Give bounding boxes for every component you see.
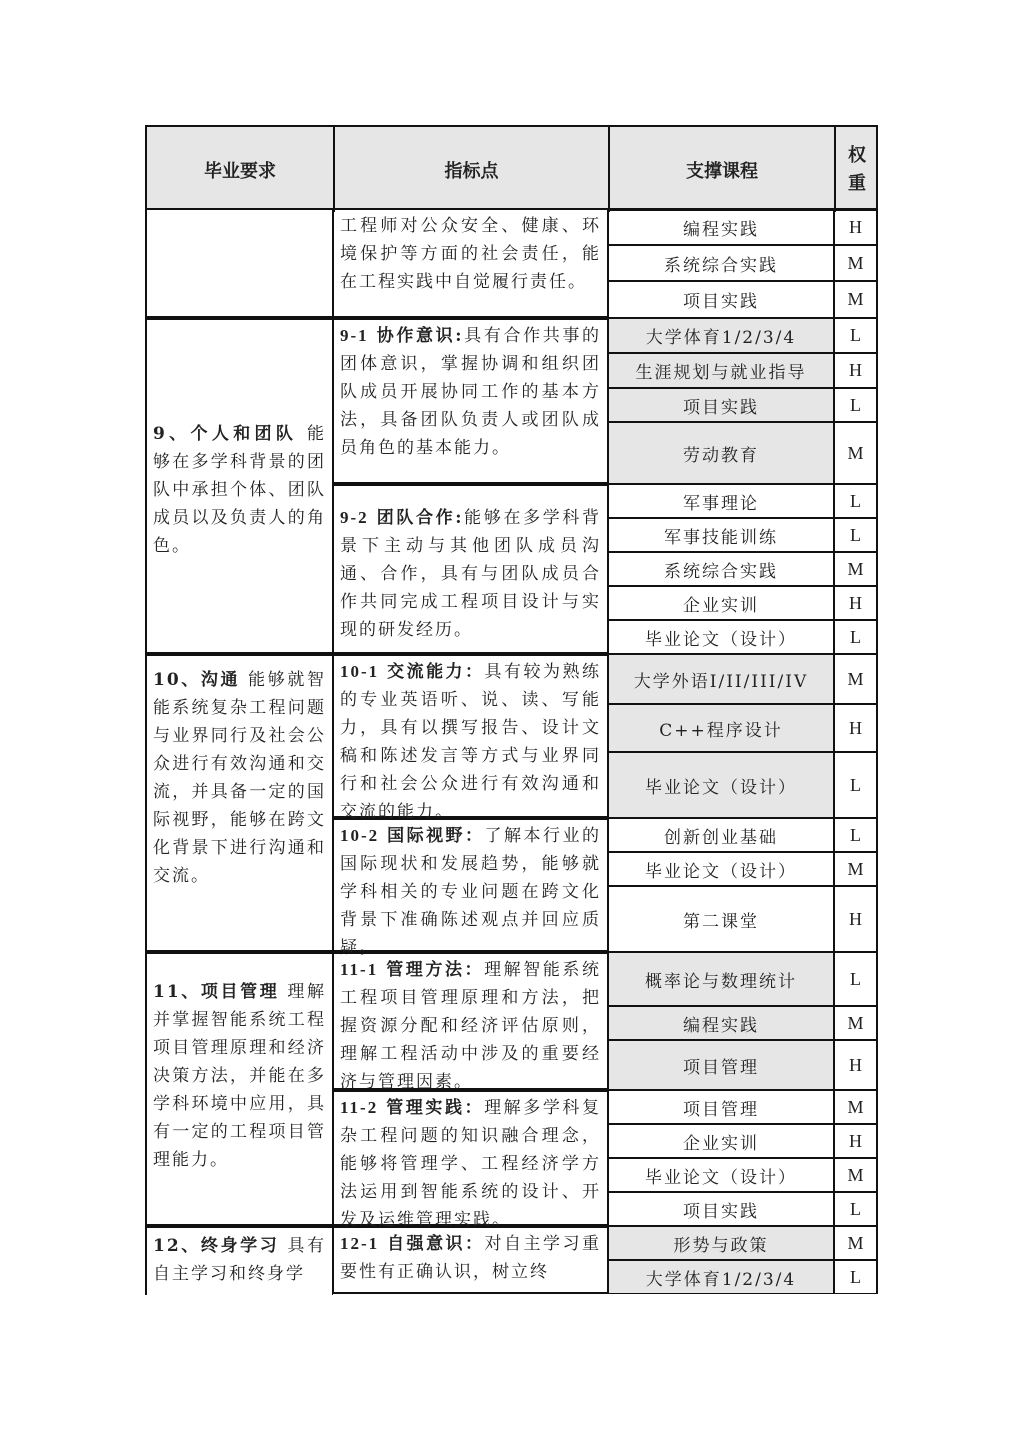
course-cell: 企业实训 [608, 586, 834, 620]
requirement-cell: 10、沟通 能够就智能系统复杂工程问题与业界同行及社会公众进行有效沟通和交流，并… [145, 654, 333, 952]
course-cell: 军事理论 [608, 484, 834, 518]
indicator-cell: 9-2 团队合作:能够在多学科背景下主动与其他团队成员沟通、合作，具有与团队成员… [333, 484, 608, 654]
indicator-title: 协作意识: [377, 326, 464, 346]
weight-cell: H [834, 210, 878, 245]
requirement-title: 10、沟通 [153, 670, 240, 690]
course-cell: 创新创业基础 [608, 818, 834, 852]
indicator-code: 9-1 [340, 326, 369, 345]
course-cell: 军事技能训练 [608, 518, 834, 552]
requirement-title: 9、个人和团队 [153, 424, 297, 444]
indicator-code: 9-2 [340, 508, 369, 527]
header-weight-line1: 权 [848, 142, 866, 170]
header-course: 支撑课程 [610, 127, 836, 212]
course-cell: 系统综合实践 [608, 245, 834, 281]
indicator-title: 交流能力： [387, 662, 484, 682]
indicator-title: 自强意识： [387, 1234, 484, 1254]
weight-cell: M [834, 1158, 878, 1192]
indicator-code: 10-1 [340, 662, 379, 681]
weight-cell: L [834, 752, 878, 818]
course-cell: 概率论与数理统计 [608, 952, 834, 1006]
header-weight-line2: 重 [848, 170, 866, 198]
course-cell: 项目实践 [608, 1192, 834, 1226]
weight-cell: L [834, 620, 878, 654]
weight-cell: M [834, 245, 878, 281]
course-cell: C++程序设计 [608, 704, 834, 752]
indicator-text: 工程师对公众安全、健康、环境保护等方面的社会责任，能在工程实践中自觉履行责任。 [340, 216, 601, 292]
indicator-title: 管理方法： [386, 960, 484, 980]
weight-cell: M [834, 552, 878, 586]
weight-cell: L [834, 484, 878, 518]
requirement-cell [145, 210, 333, 318]
course-cell: 形势与政策 [608, 1226, 834, 1260]
weight-cell: H [834, 353, 878, 388]
course-cell: 系统综合实践 [608, 552, 834, 586]
weight-cell: H [834, 586, 878, 620]
course-cell: 企业实训 [608, 1124, 834, 1158]
weight-cell: L [834, 388, 878, 422]
course-cell: 毕业论文（设计） [608, 852, 834, 886]
weight-cell: H [834, 1040, 878, 1090]
indicator-cell: 11-1 管理方法：理解智能系统工程项目管理原理和方法，把握资源分配和经济评估原… [333, 952, 608, 1090]
requirement-cell: 9、个人和团队 能够在多学科背景的团队中承担个体、团队成员以及负责人的角色。 [145, 318, 333, 654]
weight-cell: M [834, 1006, 878, 1040]
requirement-text: 能够就智能系统复杂工程问题与业界同行及社会公众进行有效沟通和交流，并具备一定的国… [153, 670, 326, 886]
course-cell: 劳动教育 [608, 422, 834, 484]
course-cell: 大学体育1/2/3/4 [608, 1260, 834, 1294]
course-cell: 编程实践 [608, 210, 834, 245]
weight-cell: H [834, 1124, 878, 1158]
course-cell: 项目实践 [608, 281, 834, 318]
course-cell: 项目管理 [608, 1090, 834, 1124]
indicator-code: 12-1 [340, 1234, 379, 1253]
indicator-title: 管理实践： [386, 1098, 484, 1118]
course-cell: 毕业论文（设计） [608, 1158, 834, 1192]
weight-cell: M [834, 654, 878, 704]
indicator-cell: 10-2 国际视野：了解本行业的国际现状和发展趋势，能够就学科相关的专业问题在跨… [333, 818, 608, 952]
indicator-code: 11-1 [340, 960, 378, 979]
weight-cell: M [834, 1226, 878, 1260]
course-cell: 毕业论文（设计） [608, 620, 834, 654]
course-cell: 项目管理 [608, 1040, 834, 1090]
course-cell: 第二课堂 [608, 886, 834, 952]
table-header: 毕业要求 指标点 支撑课程 权 重 [145, 125, 878, 210]
weight-cell: M [834, 1090, 878, 1124]
weight-cell: L [834, 952, 878, 1006]
indicator-text: 具有较为熟练的专业英语听、说、读、写能力，具有以撰写报告、设计文稿和陈述发言等方… [340, 662, 601, 822]
indicator-title: 国际视野： [387, 826, 484, 846]
indicator-code: 10-2 [340, 826, 379, 845]
weight-cell: L [834, 1260, 878, 1294]
header-requirement: 毕业要求 [147, 127, 335, 212]
weight-cell: H [834, 886, 878, 952]
indicator-code: 11-2 [340, 1098, 378, 1117]
weight-cell: L [834, 318, 878, 353]
weight-cell: L [834, 1192, 878, 1226]
indicator-cell: 工程师对公众安全、健康、环境保护等方面的社会责任，能在工程实践中自觉履行责任。 [333, 210, 608, 318]
weight-cell: L [834, 518, 878, 552]
indicator-title: 团队合作: [377, 508, 464, 528]
requirement-text: 理解并掌握智能系统工程项目管理原理和经济决策方法，并能在多学科环境中应用，具有一… [153, 982, 326, 1170]
indicator-cell: 9-1 协作意识:具有合作共事的团体意识，掌握协调和组织团队成员开展协同工作的基… [333, 318, 608, 484]
course-cell: 编程实践 [608, 1006, 834, 1040]
requirement-cell: 11、项目管理 理解并掌握智能系统工程项目管理原理和经济决策方法，并能在多学科环… [145, 952, 333, 1226]
course-cell: 大学外语I/II/III/IV [608, 654, 834, 704]
indicator-cell: 11-2 管理实践：理解多学科复杂工程问题的知识融合理念，能够将管理学、工程经济… [333, 1090, 608, 1226]
header-weight: 权 重 [836, 127, 878, 212]
course-cell: 项目实践 [608, 388, 834, 422]
weight-cell: H [834, 704, 878, 752]
weight-cell: M [834, 281, 878, 318]
course-cell: 毕业论文（设计） [608, 752, 834, 818]
weight-cell: M [834, 422, 878, 484]
course-cell: 大学体育1/2/3/4 [608, 318, 834, 353]
course-cell: 生涯规划与就业指导 [608, 353, 834, 388]
requirement-title: 11、项目管理 [153, 982, 279, 1002]
indicator-cell: 12-1 自强意识：对自主学习重要性有正确认识，树立终 [333, 1226, 608, 1294]
requirement-title: 12、终身学习 [153, 1236, 279, 1256]
weight-cell: L [834, 818, 878, 852]
header-indicator: 指标点 [335, 127, 610, 212]
weight-cell: M [834, 852, 878, 886]
indicator-cell: 10-1 交流能力：具有较为熟练的专业英语听、说、读、写能力，具有以撰写报告、设… [333, 654, 608, 818]
requirement-cell: 12、终身学习 具有自主学习和终身学 [145, 1226, 333, 1295]
